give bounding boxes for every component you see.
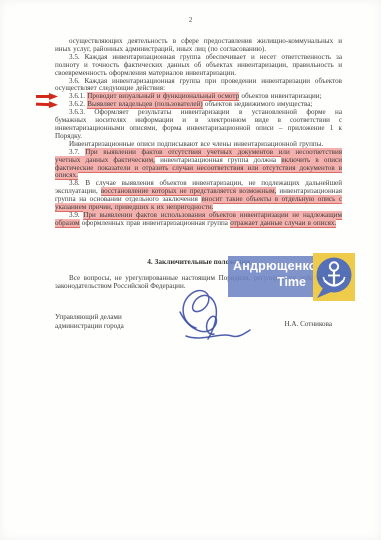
text-segment: 3.6. Каждая инвентаризационная группа пр… [55,77,342,93]
paragraph-3-7: 3.7. При выявлении фактов отсутствия уче… [55,149,342,181]
text-segment: объектов недвижимого имущества; [203,100,313,108]
paragraph-3-6-2: 3.6.2. Выявляет владельцев (пользователе… [55,101,342,109]
text-segment: Инвентаризационные описи подписывают все… [69,140,323,148]
paragraph-3-6-3: 3.6.3. Оформляет результаты инвентаризац… [55,109,342,141]
page-number: 2 [0,15,381,24]
signatory-role-line2: администрации города [55,322,124,331]
red-arrow-icon [35,100,59,110]
watermark-logo [313,253,355,301]
highlighted-segment: отражает данные случаи в описях. [230,219,336,227]
highlighted-segment: Проводит визуальный и функциональный осм… [87,92,239,100]
text-segment: оформленных прав инвентаризационная груп… [80,219,231,227]
text-segment: инвентаризационная группа должна [155,156,281,164]
signatory-role-line1: Управляющий делами [55,313,124,322]
paragraph-3-6: 3.6. Каждая инвентаризационная группа пр… [55,78,342,94]
document-page: 2 осуществляющих деятельность в сфере пр… [0,0,381,540]
text-segment: осуществляющих деятельность в сфере пред… [55,37,342,53]
watermark-title: Андрющенко [228,256,313,273]
signatory-role: Управляющий делами администрации города [55,313,124,331]
paragraph-intro: осуществляющих деятельность в сфере пред… [55,38,342,54]
paragraph-3-8: 3.8. В случае выявления объектов инвента… [55,180,342,212]
paragraph-3-5: 3.5. Каждая инвентаризационная группа об… [55,54,342,78]
text-segment: 3.6.3. Оформляет результаты инвентаризац… [55,108,342,140]
text-segment: 3.6.1. [69,92,87,100]
text-segment: 3.9. [69,211,83,219]
watermark: Андрющенко Time [228,253,355,301]
highlighted-segment: восстановление которых не представляется… [101,187,276,195]
text-segment: 3.5. Каждая инвентаризационная группа об… [55,53,342,77]
signatory-name: Н.А. Сотникова [285,320,342,331]
anchor-icon [314,255,354,301]
paragraph-3-9: 3.9. При выявлении фактов использования … [55,212,342,228]
highlighted-segment: Выявляет владельцев (пользователей) [87,100,202,108]
document-body: осуществляющих деятельность в сфере пред… [55,38,342,228]
text-segment: объектов инвентаризации; [239,92,321,100]
text-segment: 3.6.2. [69,100,87,108]
watermark-subtitle: Time [228,275,313,289]
text-segment: 3.7. [69,148,85,156]
watermark-label: Андрющенко Time [228,256,313,297]
